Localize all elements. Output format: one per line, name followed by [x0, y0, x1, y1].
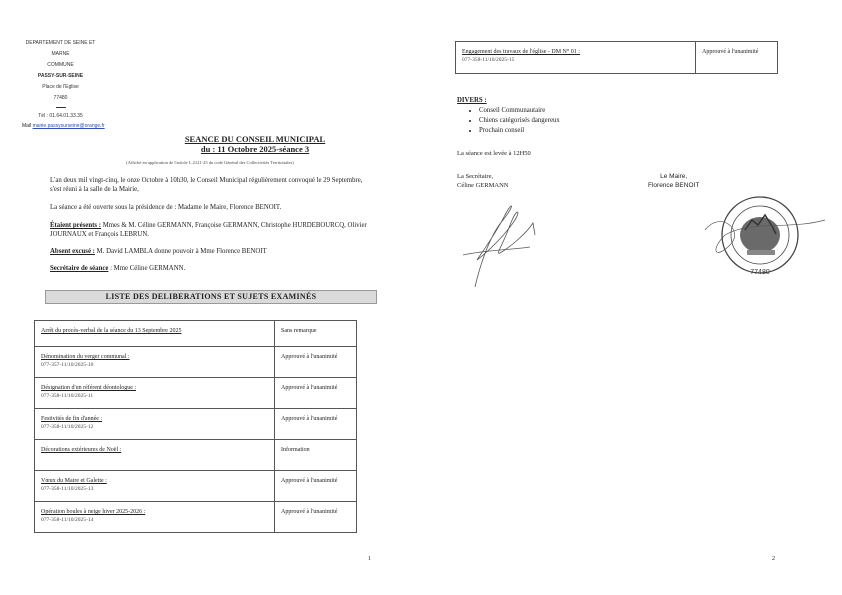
secretary-block: La Secrétaire, Céline GERMANN — [457, 172, 508, 190]
deliberation-status: Approuvé à l'unanimité — [275, 347, 357, 378]
deliberation-title: Décorations extérieures de Noël : — [41, 447, 269, 455]
deliberation-status: Approuvé à l'unanimité — [275, 409, 357, 440]
deliberation-status: Approuvé à l'unanimité — [275, 471, 357, 502]
deliberation-title: Désignation d'un référent déontologue : — [41, 385, 269, 393]
deliberation-status: Approuvé à l'unanimité — [275, 378, 357, 409]
page-title: SEANCE DU CONSEIL MUNICIPAL du : 11 Octo… — [130, 134, 380, 154]
commune-label: COMMUNE — [18, 60, 103, 71]
deliberation-title: Festivités de fin d'année : — [41, 416, 269, 424]
table-row: Vœux du Maire et Galette :077-358-11/10/… — [35, 471, 357, 502]
divers-item: Chiens catégorisés dangereux — [479, 116, 560, 126]
deliberation-title: Vœux du Maire et Galette : — [41, 478, 269, 486]
divers-list: Conseil Communautaire Chiens catégorisés… — [457, 106, 560, 136]
page-number-2: 2 — [772, 556, 775, 562]
opening-paragraph: La séance a été ouverte sous la présiden… — [50, 204, 375, 213]
mail-link[interactable]: mairie.passysurseine@orange.fr — [33, 123, 105, 129]
secretary-label: Secrétaire de séance — [50, 265, 108, 272]
mayor-title: Le Maire, — [648, 172, 699, 181]
deliberation-status: Information — [275, 440, 357, 471]
deliberation-subject: Décorations extérieures de Noël : — [35, 440, 275, 471]
mail-label: Mail — [22, 123, 31, 129]
intro-paragraph: L'an deux mil vingt-cinq, le onze Octobr… — [50, 177, 375, 194]
deliberations-table: Arrêt du procès-verbal de la séance du 1… — [34, 320, 357, 533]
closing-statement: La séance est levée à 12H50 — [457, 150, 531, 157]
deliberation-title: Dénomination du verger communal : — [41, 354, 269, 362]
phone: Tél : 01.64.01.33.35 — [18, 111, 103, 122]
divers-label: DIVERS : — [457, 96, 560, 106]
street: Place de l'Eglise — [18, 82, 103, 93]
town-hall-stamp: 77480 — [700, 190, 830, 285]
deliberation-subject: Désignation d'un référent déontologue :0… — [35, 378, 275, 409]
title-line-1: SEANCE DU CONSEIL MUNICIPAL — [130, 134, 380, 144]
deliberation-ref: 077-358-11/10/2025-13 — [41, 486, 269, 494]
deliberation-ref: 077-357-11/10/2025-10 — [41, 362, 269, 370]
deliberation-title: Opération boules à neige hiver 2025-2026… — [41, 509, 269, 517]
table-row: Festivités de fin d'année :077-358-11/10… — [35, 409, 357, 440]
divers-item: Conseil Communautaire — [479, 106, 560, 116]
deliberation-subject: Dénomination du verger communal :077-357… — [35, 347, 275, 378]
page-1: DEPARTEMENT DE SEINE ET MARNE COMMUNE PA… — [0, 0, 421, 595]
secretary-name: Céline GERMANN — [457, 181, 508, 190]
deliberation-ref: 077-358-11/10/2025-12 — [41, 424, 269, 432]
deliberation-subject: Arrêt du procès-verbal de la séance du 1… — [35, 321, 275, 347]
table-row: Dénomination du verger communal :077-357… — [35, 347, 357, 378]
deliberations-table-continued: Engagement des travaux de l'église - DM … — [455, 41, 778, 74]
postcode: 77480 — [18, 93, 103, 104]
present-label: Étaient présents : — [50, 222, 101, 229]
secretary-title: La Secrétaire, — [457, 172, 508, 181]
deliberation-status: Sans remarque — [275, 321, 357, 347]
title-line-2: du : 11 Octobre 2025-séance 3 — [130, 144, 380, 154]
page-2 — [421, 0, 842, 595]
deliberations-banner: LISTE DES DELIBERATIONS ET SUJETS EXAMIN… — [45, 290, 377, 304]
subtitle: (Affiché en application de l'article L.2… — [45, 160, 375, 165]
table-row: Engagement des travaux de l'église - DM … — [456, 42, 778, 74]
deliberation-subject: Vœux du Maire et Galette :077-358-11/10/… — [35, 471, 275, 502]
mayor-block: Le Maire, Florence BENOIT — [648, 172, 699, 190]
commune-name: PASSY-SUR-SEINE — [18, 71, 103, 82]
department: DEPARTEMENT DE SEINE ET MARNE — [18, 38, 103, 60]
deliberation-status: Approuvé à l'unanimité — [275, 502, 357, 533]
table-row: Arrêt du procès-verbal de la séance du 1… — [35, 321, 357, 347]
table-row: Décorations extérieures de Noël :Informa… — [35, 440, 357, 471]
deliberation-ref: 077-358-11/10/2025-15 — [462, 57, 690, 65]
divers-item: Prochain conseil — [479, 126, 560, 136]
deliberation-title: Arrêt du procès-verbal de la séance du 1… — [41, 328, 269, 336]
divider — [56, 107, 66, 108]
deliberation-subject: Opération boules à neige hiver 2025-2026… — [35, 502, 275, 533]
deliberation-title: Engagement des travaux de l'église - DM … — [462, 49, 690, 57]
letterhead: DEPARTEMENT DE SEINE ET MARNE COMMUNE PA… — [18, 38, 103, 122]
present-paragraph: Étaient présents : Mmes & M. Céline GERM… — [50, 222, 375, 239]
mail-row: Mail mairie.passysurseine@orange.fr — [22, 123, 105, 129]
absent-paragraph: Absent excusé : M. David LAMBLA donne po… — [50, 248, 375, 257]
divers-section: DIVERS : Conseil Communautaire Chiens ca… — [457, 96, 560, 136]
absent-label: Absent excusé : — [50, 248, 95, 255]
deliberation-subject: Festivités de fin d'année :077-358-11/10… — [35, 409, 275, 440]
deliberation-status: Approuvé à l'unanimité — [696, 42, 778, 74]
table-row: Désignation d'un référent déontologue :0… — [35, 378, 357, 409]
table-row: Opération boules à neige hiver 2025-2026… — [35, 502, 357, 533]
page-number: 1 — [368, 556, 371, 562]
deliberation-ref: 077-358-11/10/2025-14 — [41, 517, 269, 525]
absent-text: M. David LAMBLA donne pouvoir à Mme Flor… — [97, 248, 267, 255]
secretary-signature — [455, 195, 565, 290]
deliberation-ref: 077-358-11/10/2025-11 — [41, 393, 269, 401]
stamp-postcode: 77480 — [750, 269, 770, 276]
deliberation-subject: Engagement des travaux de l'église - DM … — [456, 42, 696, 74]
secretary-text: : Mme Céline GERMANN. — [110, 265, 185, 272]
mayor-name: Florence BENOIT — [648, 181, 699, 190]
secretary-paragraph: Secrétaire de séance : Mme Céline GERMAN… — [50, 265, 375, 274]
